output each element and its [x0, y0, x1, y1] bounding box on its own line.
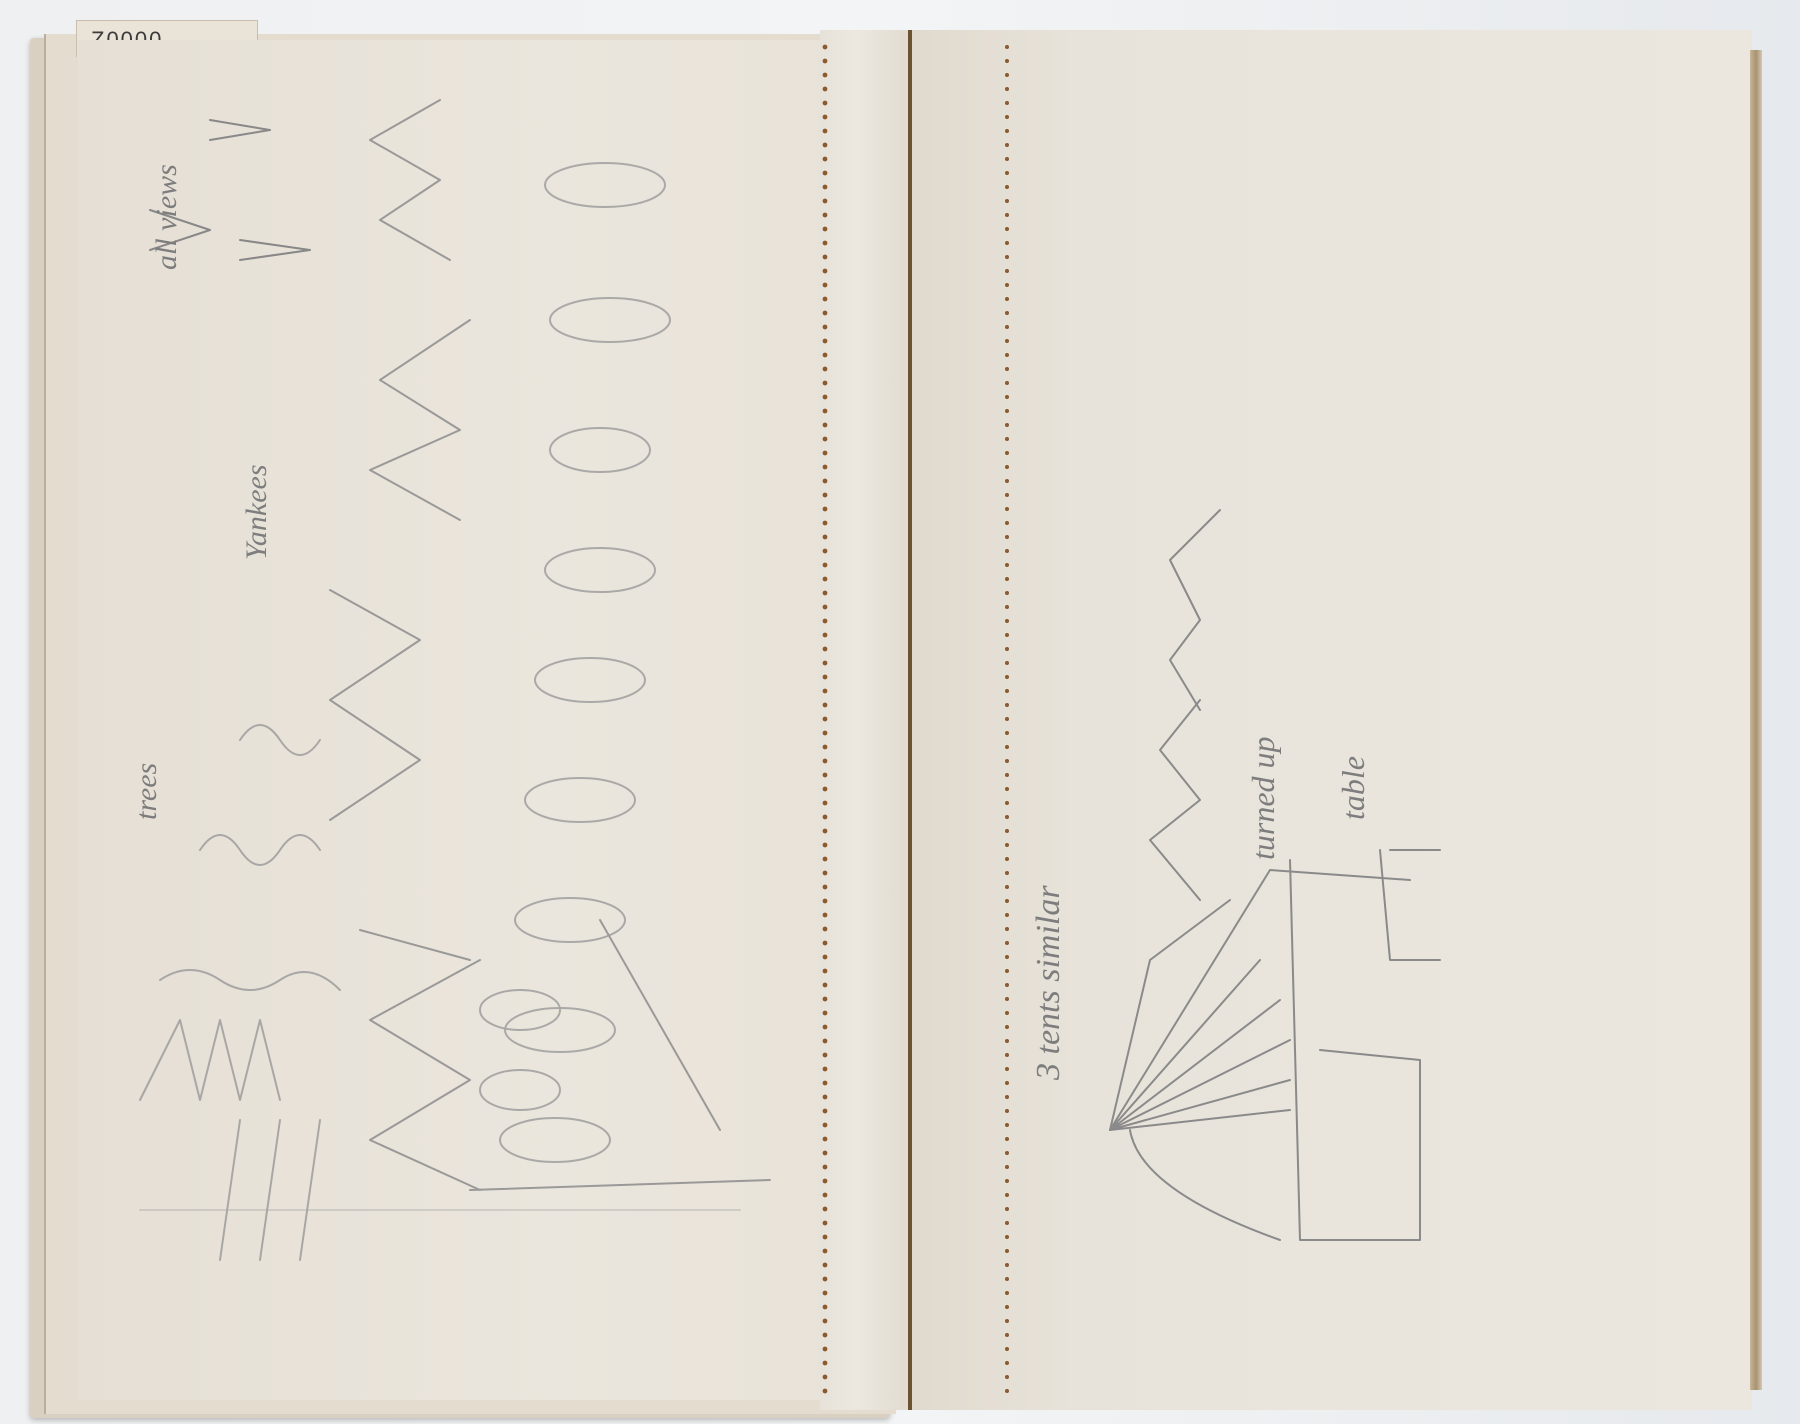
- note-all-views: all views: [150, 164, 184, 270]
- left-tent-sketches: [330, 100, 770, 1190]
- tree-scribbles: [140, 725, 740, 1260]
- note-table: table: [1335, 756, 1372, 820]
- figure-scribbles: [480, 163, 670, 1162]
- pencil-sketches: [0, 0, 1800, 1424]
- note-turned-up: turned up: [1245, 736, 1282, 860]
- right-tent-sketch: [1110, 510, 1440, 1240]
- note-yankees: Yankees: [240, 464, 274, 560]
- note-3-tents-similar: 3 tents similar: [1030, 885, 1068, 1080]
- note-trees: trees: [130, 763, 164, 820]
